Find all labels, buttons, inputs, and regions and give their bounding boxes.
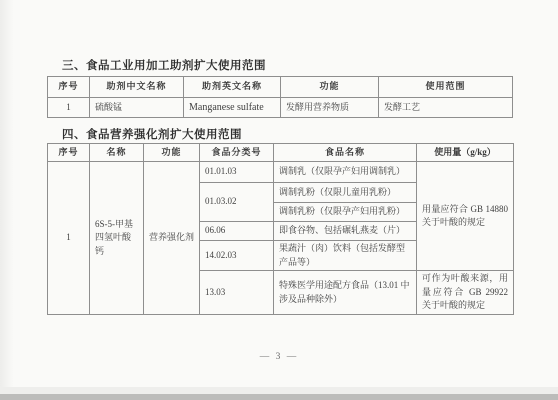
cell-no: 1 xyxy=(48,162,90,315)
scan-edge-bottom-dark xyxy=(0,394,558,400)
cell-function: 发酵用营养物质 xyxy=(281,98,379,118)
header-function: 功能 xyxy=(144,144,200,162)
cell-scope: 发酵工艺 xyxy=(379,98,513,118)
header-scope: 使用范围 xyxy=(379,77,513,98)
table-row: 1 硫酸锰 Manganese sulfate 发酵用营养物质 发酵工艺 xyxy=(48,98,513,118)
header-food-name: 食品名称 xyxy=(274,144,417,162)
cell-function: 营养强化剂 xyxy=(144,162,200,315)
cell-category: 01.01.03 xyxy=(200,162,274,183)
header-cn-name: 助剂中文名称 xyxy=(90,77,184,98)
header-en-name: 助剂英文名称 xyxy=(184,77,281,98)
cell-category: 14.02.03 xyxy=(200,241,274,271)
document-page: 三、食品工业用加工助剂扩大使用范围 序号 助剂中文名称 助剂英文名称 功能 使用… xyxy=(0,0,558,400)
cell-en-name: Manganese sulfate xyxy=(184,98,281,118)
header-name: 名称 xyxy=(90,144,144,162)
scan-edge-left xyxy=(0,0,14,400)
header-usage: 使用量（g/kg） xyxy=(417,144,514,162)
header-no: 序号 xyxy=(48,77,90,98)
header-category: 食品分类号 xyxy=(200,144,274,162)
cell-no: 1 xyxy=(48,98,90,118)
cell-usage-merged: 用量应符合 GB 14880 关于叶酸的规定 xyxy=(417,162,514,271)
header-function: 功能 xyxy=(281,77,379,98)
cell-food: 调制乳（仅限孕产妇用调制乳） xyxy=(274,162,417,183)
cell-category: 01.03.02 xyxy=(200,183,274,222)
section4-title: 四、食品营养强化剂扩大使用范围 xyxy=(62,126,242,142)
cell-usage-last: 可作为叶酸来源，用量应符合 GB 29922 关于叶酸的规定 xyxy=(417,271,514,315)
table-header-row: 序号 名称 功能 食品分类号 食品名称 使用量（g/kg） xyxy=(48,144,514,162)
cell-cn-name: 硫酸锰 xyxy=(90,98,184,118)
scan-edge-bottom-light xyxy=(0,387,558,394)
page-number: — 3 — xyxy=(0,352,558,362)
cell-category: 13.03 xyxy=(200,271,274,315)
cell-food: 果蔬汁（肉）饮料（包括发酵型产品等） xyxy=(274,241,417,271)
nutrition-fortifier-table: 序号 名称 功能 食品分类号 食品名称 使用量（g/kg） 1 6S-5-甲基四… xyxy=(47,143,514,315)
cell-food: 特殊医学用途配方食品（13.01 中涉及品种除外） xyxy=(274,271,417,315)
cell-category: 06.06 xyxy=(200,222,274,241)
cell-name: 6S-5-甲基四氢叶酸钙 xyxy=(90,162,144,315)
table-row: 1 6S-5-甲基四氢叶酸钙 营养强化剂 01.01.03 调制乳（仅限孕产妇用… xyxy=(48,162,514,183)
cell-food: 即食谷物、包括碾轧燕麦（片） xyxy=(274,222,417,241)
section3-title: 三、食品工业用加工助剂扩大使用范围 xyxy=(62,57,266,73)
table-header-row: 序号 助剂中文名称 助剂英文名称 功能 使用范围 xyxy=(48,77,513,98)
header-no: 序号 xyxy=(48,144,90,162)
cell-food: 调制乳粉（仅限儿童用乳粉） xyxy=(274,183,417,203)
processing-aids-table: 序号 助剂中文名称 助剂英文名称 功能 使用范围 1 硫酸锰 Manganese… xyxy=(47,76,513,118)
cell-food: 调制乳粉（仅限孕产妇用乳粉） xyxy=(274,203,417,222)
